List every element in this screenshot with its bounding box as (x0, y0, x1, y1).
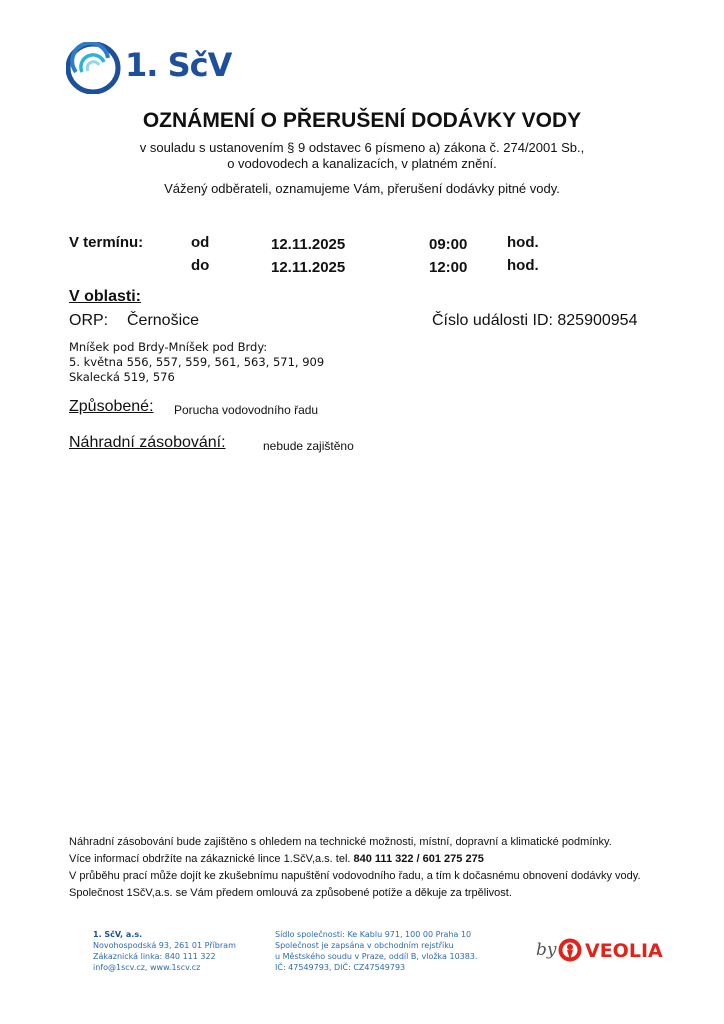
event-id: Číslo události ID: 825900954 (432, 312, 637, 330)
term-from-time: 09:00 (429, 236, 467, 253)
address-line: 5. května 556, 557, 559, 561, 563, 571, … (69, 355, 324, 369)
footer-company-info: 1. SčV, a.s. Novohospodská 93, 261 01 Př… (93, 929, 236, 973)
orp-label: ORP: (69, 312, 108, 330)
term-to-date: 12.11.2025 (271, 259, 345, 276)
term-from-prefix: od (191, 234, 209, 251)
note-replacement-conditions: Náhradní zásobování bude zajištěno s ohl… (69, 836, 612, 848)
footer-address: Novohospodská 93, 261 01 Příbram (93, 940, 236, 951)
note-contact-text: Více informací obdržíte na zákaznické li… (69, 853, 354, 865)
replacement-supply-value: nebude zajištěno (263, 439, 354, 453)
footer-seat: Sídlo společnosti: Ke Kablu 971, 100 00 … (275, 929, 477, 940)
replacement-supply-label: Náhradní zásobování: (69, 434, 226, 452)
footer-ids: IČ: 47549793, DIČ: CZ47549793 (275, 962, 477, 973)
veolia-wordmark: VEOLIA (585, 940, 663, 962)
term-to-unit: hod. (507, 257, 539, 274)
term-from-unit: hod. (507, 234, 539, 251)
footer-company-name: 1. SčV, a.s. (93, 929, 236, 940)
footer-contacts: info@1scv.cz, www.1scv.cz (93, 962, 236, 973)
term-to-time: 12:00 (429, 259, 467, 276)
footer-court: u Městského soudu v Praze, oddíl B, vlož… (275, 951, 477, 962)
note-contact: Více informací obdržíte na zákaznické li… (69, 853, 484, 865)
note-test-filling: V průběhu prací může dojít ke zkušebnímu… (69, 870, 641, 882)
term-label: V termínu: (69, 234, 143, 251)
footer-registry: Společnost je zapsána v obchodním rejstř… (275, 940, 477, 951)
cause-value: Porucha vodovodního řadu (174, 403, 318, 417)
term-to-prefix: do (191, 257, 209, 274)
address-line: Skalecká 519, 576 (69, 370, 175, 384)
footer-hotline: Zákaznická linka: 840 111 322 (93, 951, 236, 962)
logo-text: 1. SčV (125, 46, 231, 84)
swirl-logo-icon (66, 42, 122, 94)
greeting: Vážený odběrateli, oznamujeme Vám, přeru… (0, 181, 724, 196)
legal-reference-line2: o vodovodech a kanalizacích, v platném z… (0, 156, 724, 171)
notice-title: OZNÁMENÍ O PŘERUŠENÍ DODÁVKY VODY (0, 109, 724, 133)
note-apology: Společnost 1SčV,a.s. se Vám předem omlou… (69, 887, 512, 899)
address-line: Mníšek pod Brdy-Mníšek pod Brdy: (69, 340, 267, 354)
footer-registration-info: Sídlo společnosti: Ke Kablu 971, 100 00 … (275, 929, 477, 973)
by-label: by (536, 940, 557, 960)
legal-reference-line1: v souladu s ustanovením § 9 odstavec 6 p… (0, 140, 724, 155)
veolia-logo-icon (558, 938, 582, 962)
contact-phones: 840 111 322 / 601 275 275 (354, 853, 484, 865)
term-from-date: 12.11.2025 (271, 236, 345, 253)
cause-label: Způsobené: (69, 398, 154, 416)
orp-value: Černošice (127, 312, 199, 330)
area-heading: V oblasti: (69, 288, 141, 306)
